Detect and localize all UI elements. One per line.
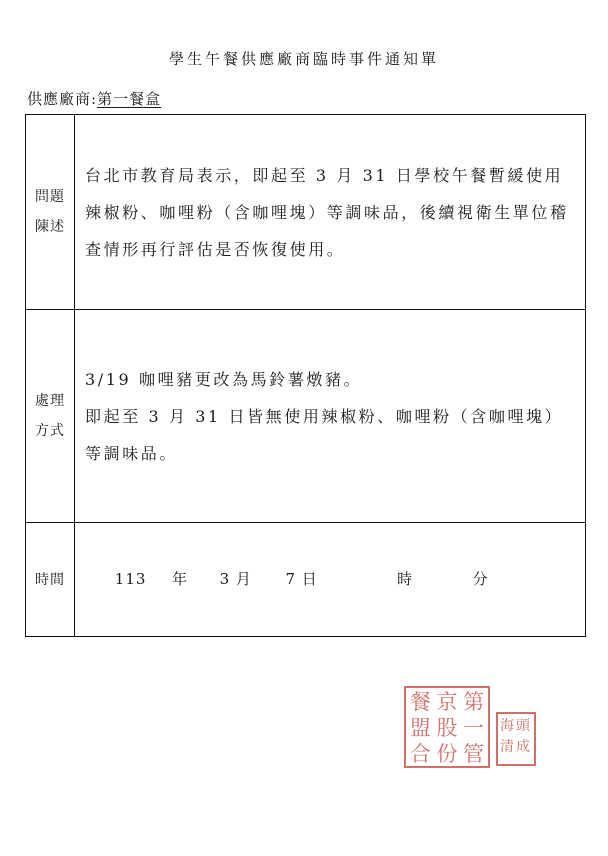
personal-seal-stamp: 海 頭 清 成 xyxy=(496,712,536,766)
time-month-unit: 月 xyxy=(236,561,252,598)
time-month: 3 xyxy=(220,561,231,598)
time-content-cell: 113 年 3 月 7 日 時 分 xyxy=(75,523,586,637)
problem-content-cell: 台北市教育局表示，即起至 3 月 31 日學校午餐暫緩使用辣椒粉、咖哩粉（含咖哩… xyxy=(75,115,586,310)
seal-char: 海 xyxy=(500,718,516,739)
notice-form-table: 問題 陳述 台北市教育局表示，即起至 3 月 31 日學校午餐暫緩使用辣椒粉、咖… xyxy=(25,114,586,637)
seal-char: 成 xyxy=(516,739,532,760)
seal-char: 第 xyxy=(460,689,487,715)
label-line: 方式 xyxy=(26,416,74,446)
problem-label-cell: 問題 陳述 xyxy=(26,115,75,310)
time-year: 113 xyxy=(115,561,147,598)
seal-char: 京 xyxy=(434,689,461,715)
time-year-unit: 年 xyxy=(172,561,188,598)
time-minute-unit: 分 xyxy=(473,561,489,598)
supplier-line: 供應廠商:第一餐盒 xyxy=(27,88,161,109)
seal-char: 盟 xyxy=(407,715,434,741)
time-label-cell: 時間 xyxy=(26,523,75,637)
seal-char: 管 xyxy=(460,741,487,767)
supplier-name: 第一餐盒 xyxy=(97,90,161,108)
label-line: 處理 xyxy=(26,386,74,416)
handling-content-cell: 3/19 咖哩豬更改為馬鈴薯燉豬。 即起至 3 月 31 日皆無使用辣椒粉、咖哩… xyxy=(75,310,586,523)
document-title: 學生午餐供應廠商臨時事件通知單 xyxy=(0,48,608,69)
supplier-label: 供應廠商: xyxy=(27,90,97,108)
label-line: 時間 xyxy=(26,565,74,595)
label-line: 問題 xyxy=(26,182,74,212)
seal-char: 合 xyxy=(407,741,434,767)
handling-label-cell: 處理 方式 xyxy=(26,310,75,523)
seal-char: 頭 xyxy=(516,718,532,739)
seal-char: 清 xyxy=(500,739,516,760)
table-row-problem: 問題 陳述 台北市教育局表示，即起至 3 月 31 日學校午餐暫緩使用辣椒粉、咖… xyxy=(26,115,586,310)
table-row-time: 時間 113 年 3 月 7 日 時 分 xyxy=(26,523,586,637)
problem-statement: 台北市教育局表示，即起至 3 月 31 日學校午餐暫緩使用辣椒粉、咖哩粉（含咖哩… xyxy=(85,157,577,268)
handling-line: 3/19 咖哩豬更改為馬鈴薯燉豬。 xyxy=(85,361,577,398)
handling-line: 即起至 3 月 31 日皆無使用辣椒粉、咖哩粉（含咖哩塊）等調味品。 xyxy=(85,398,577,472)
label-line: 陳述 xyxy=(26,212,74,242)
seal-char: 餐 xyxy=(407,689,434,715)
time-day-unit: 日 xyxy=(302,561,318,598)
time-hour-unit: 時 xyxy=(397,561,413,598)
time-day: 7 xyxy=(285,561,296,598)
table-row-handling: 處理 方式 3/19 咖哩豬更改為馬鈴薯燉豬。 即起至 3 月 31 日皆無使用… xyxy=(26,310,586,523)
seal-char: 股 xyxy=(434,715,461,741)
seal-char: 一 xyxy=(460,715,487,741)
seal-char: 份 xyxy=(434,741,461,767)
company-seal-stamp: 餐 京 第 盟 股 一 合 份 管 xyxy=(404,686,490,768)
